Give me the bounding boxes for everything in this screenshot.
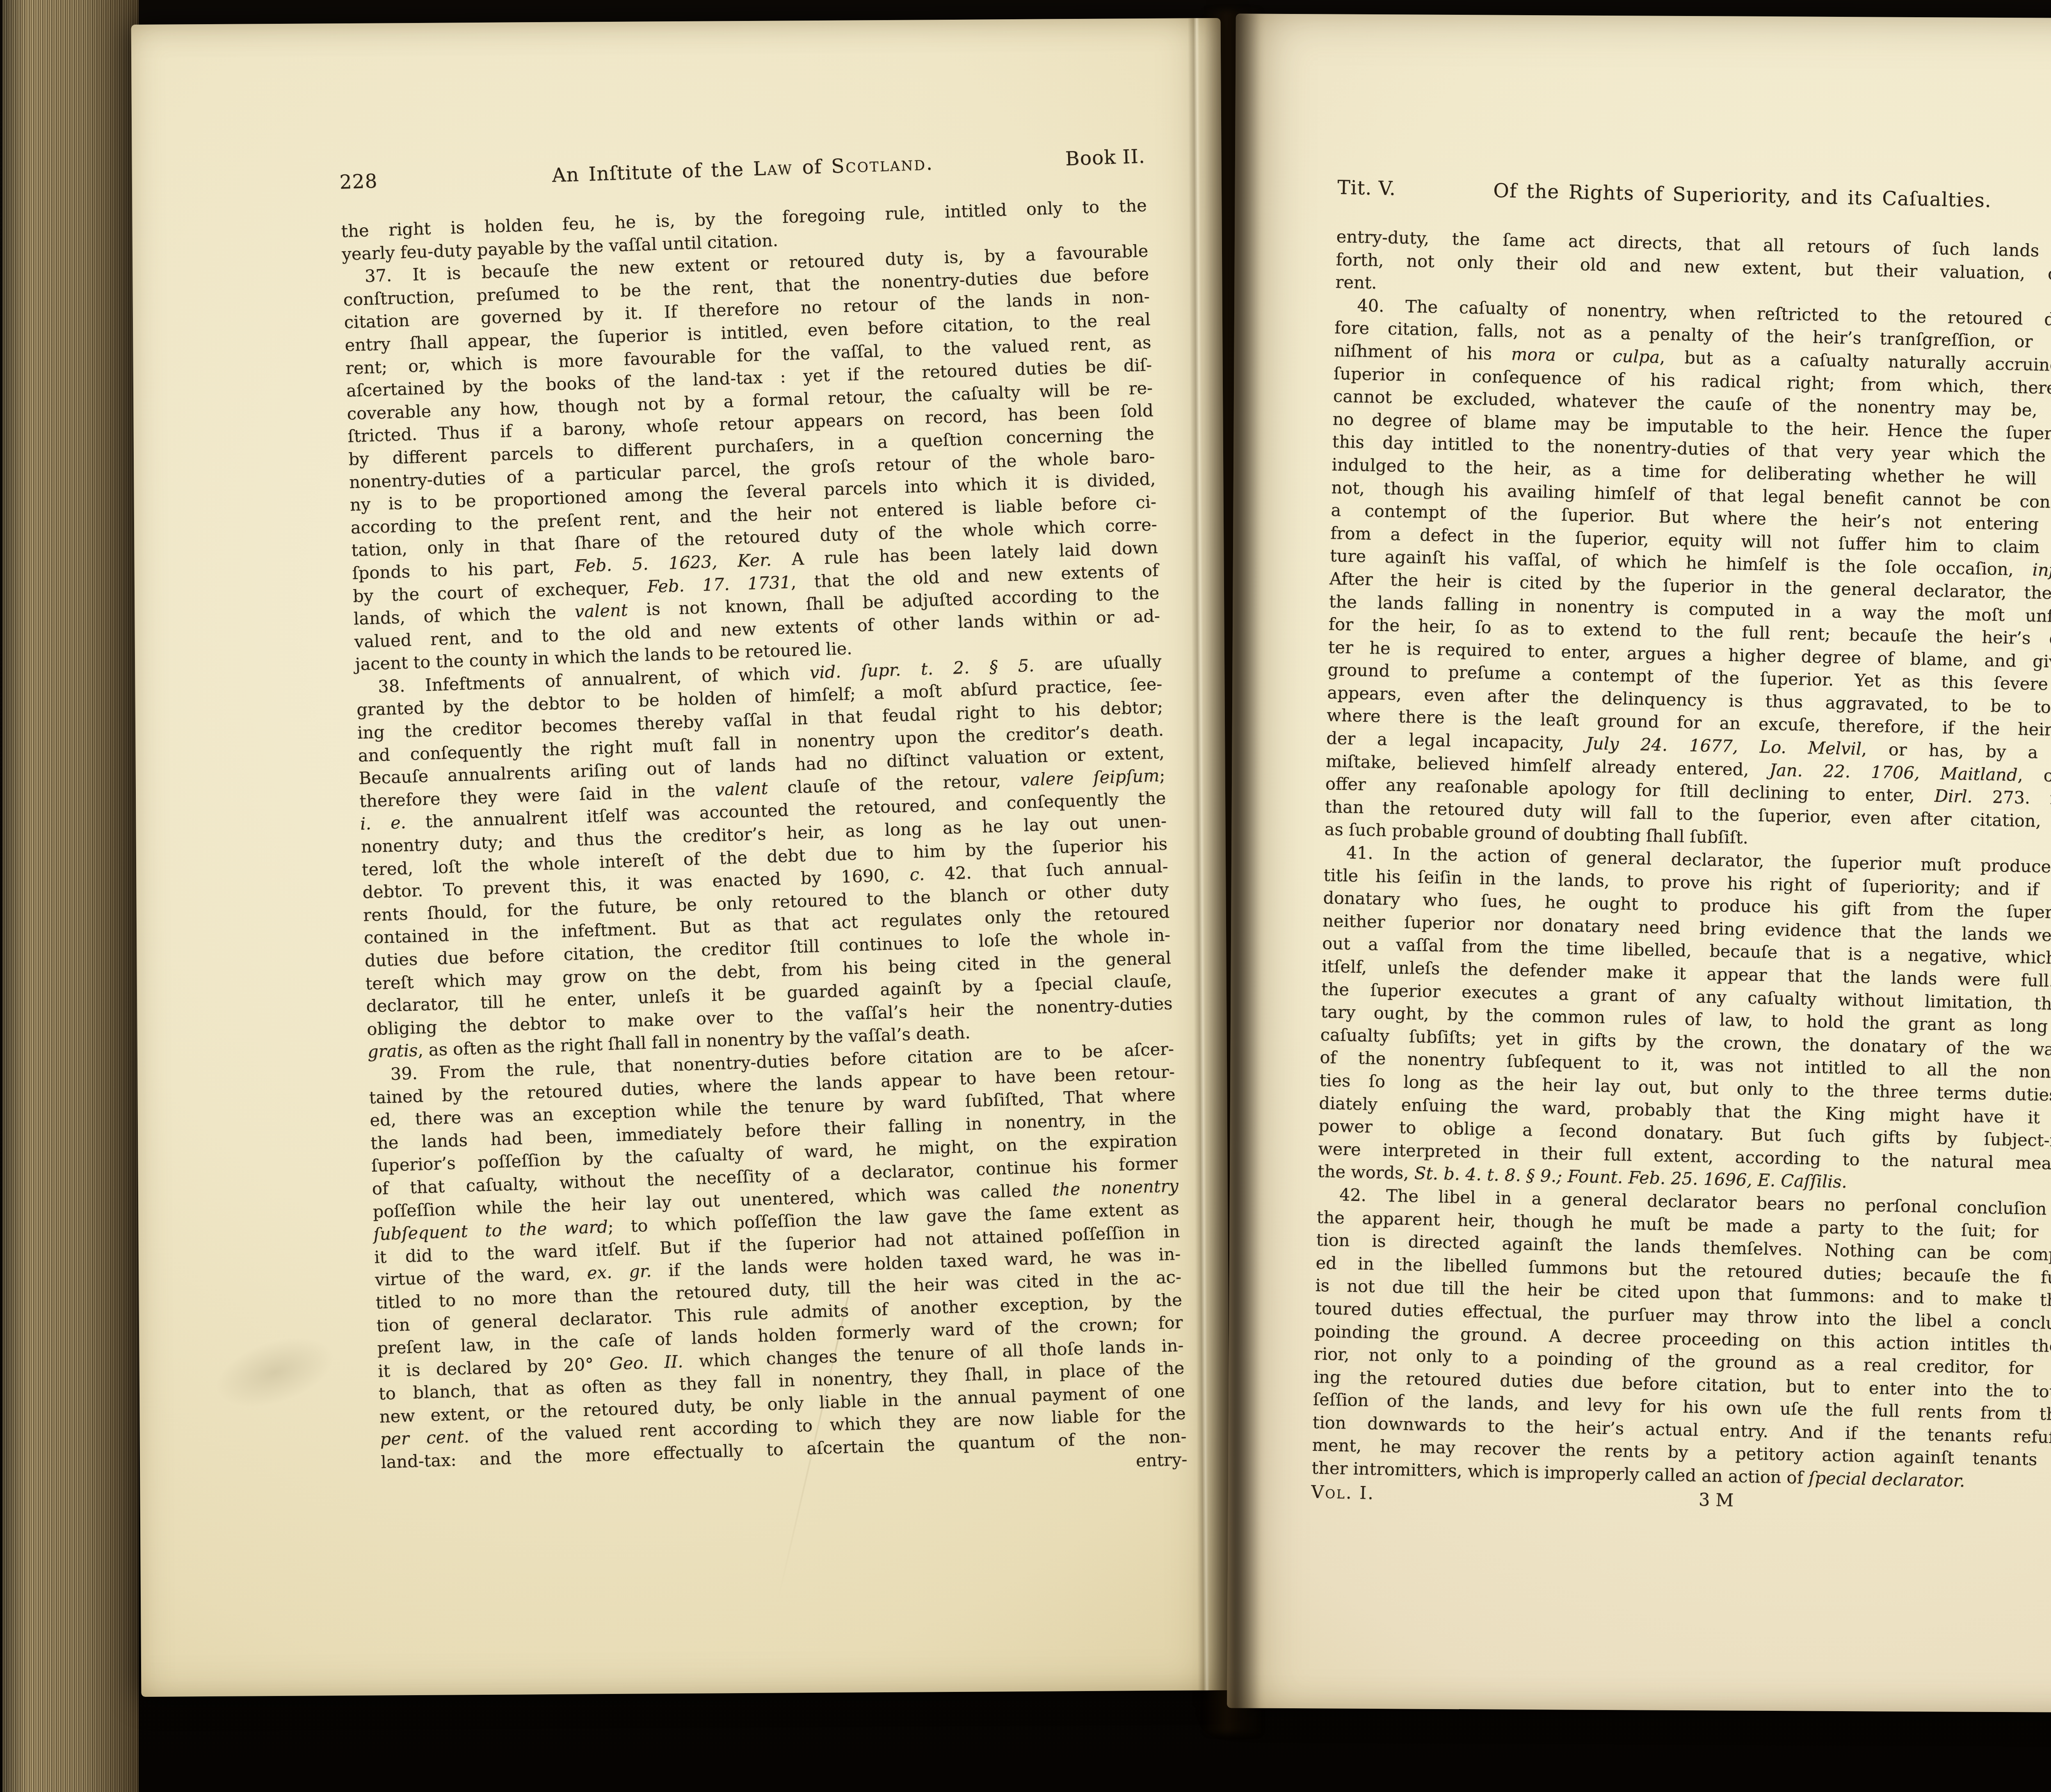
folio-number-right: 229	[1991, 190, 2051, 215]
book-label: Book II.	[932, 145, 1146, 175]
left-running-head: 228 An Inſtitute of the Law of Scotland.…	[339, 145, 1146, 194]
title-label: Tit. V.	[1337, 176, 1494, 202]
sheet-edge-line	[1188, 18, 1210, 1690]
catchword-right: Theſe	[1734, 1489, 2051, 1520]
running-title-left: An Inſtitute of the Law of Scotland.	[552, 152, 933, 187]
right-page-body: entry-duty, the ſame act directs, that a…	[1311, 225, 2051, 1496]
running-title-right: Of the Rights of Superiority, and its Ca…	[1493, 179, 1992, 212]
left-page-body: the right is holden feu, he is, by the f…	[341, 194, 1187, 1474]
right-page: Tit. V. Of the Rights of Superiority, an…	[1227, 14, 2051, 1714]
page-stack-fore-edge-left	[2, 0, 139, 1792]
right-running-head: Tit. V. Of the Rights of Superiority, an…	[1337, 176, 2051, 215]
signature-mark: 3 M	[1699, 1489, 1734, 1512]
right-page-content: Tit. V. Of the Rights of Superiority, an…	[1311, 176, 2051, 1520]
left-page: 228 An Inſtitute of the Law of Scotland.…	[131, 18, 1231, 1697]
left-page-content: 228 An Inſtitute of the Law of Scotland.…	[339, 145, 1188, 1497]
book-spread: 228 An Inſtitute of the Law of Scotland.…	[0, 0, 2051, 1792]
folio-number-left: 228	[339, 164, 553, 194]
